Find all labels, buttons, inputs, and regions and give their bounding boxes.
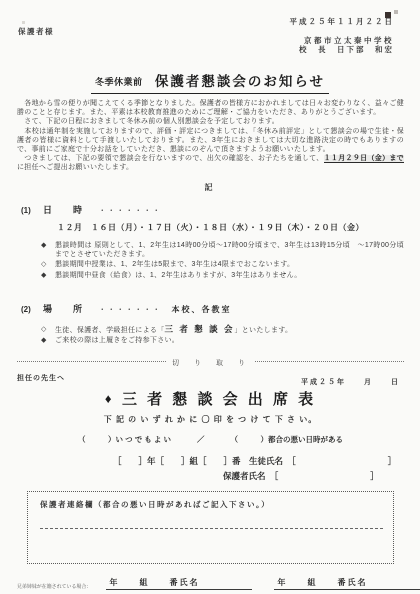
- bullet-slippers: ◆ ご来校の際は上履きをご持参下さい。: [41, 336, 404, 345]
- filled-diamond-icon: ◆: [41, 271, 55, 280]
- slip-header: 担任の先生へ 平成２５年 月 日: [17, 371, 404, 387]
- three-way-meeting-emphasis: 三 者 懇 談 会: [165, 324, 235, 334]
- contact-box-label: 保護者連絡欄（都合の悪い日時があればご記入下さい。）: [40, 499, 383, 510]
- item-2-number: (2): [21, 305, 31, 314]
- scanned-notice-document: 平成２５年１１月２２日 保護者様 京都市立太秦中学校 校 長 日下部 和宏 冬季…: [0, 0, 420, 594]
- bullet-lunch: ◆ 懇談期間中昼食（給食）は、1、2年生はありますが、3年生はありません。: [41, 271, 404, 280]
- deadline-highlight: １１月２９日（金）まで: [324, 155, 404, 163]
- siblings-note-label: 兄弟姉妹が在籍されている場合：: [17, 583, 91, 590]
- paragraph-4-text: つきましては、下記の要領で懇談会を行ないますので、出欠の確認を、お子たちを通して…: [17, 155, 324, 162]
- bullet-text: 懇談期間中昼食（給食）は、1、2年生はありますが、3年生はありません。: [55, 271, 404, 280]
- item-1-datetime-heading: (1) 日 時 ・・・・・・・: [17, 203, 404, 216]
- sibling-2-name-field: 年 組 番氏名: [274, 577, 420, 590]
- bullet-text-post: 」といたします。: [234, 327, 292, 334]
- guardian-contact-box: 保護者連絡欄（都合の悪い日時があればご記入下さい。）: [27, 491, 394, 564]
- sibling-1-name-field: 年 組 番氏名: [106, 577, 252, 590]
- cut-here-line: 切 り 取 り: [17, 358, 404, 368]
- place-bullet-list: ◇ 生徒、保護者、学級担任による「三 者 懇 談 会」といたします。 ◆ ご来校…: [17, 325, 404, 346]
- student-name-line: ［ ］年［ ］組［ ］番 生徒氏名 ［ ］: [113, 455, 404, 467]
- bullet-text: 懇談期間中授業は、1、2年生は5限まで、3年生は4限までおこないます。: [55, 260, 404, 269]
- document-body: 各地から雪の便りが聞こえてくる季節となりました。保護者の皆様方におかれましては日…: [17, 99, 404, 590]
- document-date: 平成２５年１１月２２日: [290, 16, 395, 27]
- slip-date-blank: 平成２５年 月 日: [301, 377, 400, 387]
- student-fields-text: ［ ］年［ ］組［ ］番 生徒氏名 ［: [113, 455, 296, 467]
- place-value: 本校、各教室: [172, 305, 232, 314]
- option-anytime: （ ）い つ で も よ い: [78, 434, 171, 445]
- scan-artifact-mark: [394, 10, 398, 14]
- item-1-leader-dots: ・・・・・・・: [98, 206, 161, 215]
- bullet-text: 生徒、保護者、学級担任による「三 者 懇 談 会」といたします。: [55, 325, 404, 335]
- notice-title: 冬季休業前 保護者懇談会のお知らせ: [0, 70, 420, 94]
- bullet-text: ご来校の際は上履きをご持参下さい。: [55, 336, 404, 345]
- option-bad-times: （ ）都合の悪い日時がある: [230, 434, 343, 445]
- filled-diamond-icon: ◆: [41, 336, 55, 345]
- bullet-text-pre: 生徒、保護者、学級担任による「: [55, 327, 165, 334]
- contact-write-line: [40, 527, 383, 529]
- item-2-leader-dots: ・・・・・・・: [98, 305, 161, 314]
- paragraph-4-tail: に担任へご提出お願いいたします。: [17, 164, 133, 171]
- body-paragraph-2: さて、下記の日程におきまして冬休み前の個人別懇談会を予定しております。: [17, 117, 404, 126]
- attendance-options: （ ）い つ で も よ い ／ （ ）都合の悪い日時がある: [17, 434, 404, 445]
- open-diamond-icon: ◇: [41, 325, 55, 335]
- title-main: 保護者懇談会のお知らせ: [155, 74, 325, 89]
- item-2-place-heading: (2) 場 所 ・・・・・・・ 本校、各教室: [17, 302, 404, 315]
- dotted-rule: [255, 360, 404, 362]
- bullet-text: 懇談時間は 原則として、1、2年生は14時00分頃～17時00分頃まで、3年生は…: [55, 241, 404, 259]
- cut-here-label: 切 り 取 り: [166, 358, 255, 368]
- siblings-note-line: 兄弟姉妹が在籍されている場合： 年 組 番氏名 年 組 番氏名: [17, 577, 404, 590]
- guardian-close-bracket: ］: [370, 470, 379, 482]
- dotted-rule: [17, 360, 166, 362]
- body-paragraph-4: つきましては、下記の要領で懇談会を行ないますので、出欠の確認を、お子たちを通して…: [17, 154, 404, 172]
- recipient-label: 保護者様: [18, 26, 54, 37]
- bullet-meeting-hours: ◆ 懇談時間は 原則として、1、2年生は14時00分頃～17時00分頃まで、3年…: [41, 241, 404, 259]
- item-2-label: 場 所: [43, 304, 88, 314]
- open-diamond-icon: ◇: [41, 260, 55, 269]
- circle-instruction: 下 記 の い ず れ か に 〇 印 を つ け て 下 さ い。: [17, 414, 404, 425]
- guardian-fields-text: 保護者氏名 ［: [223, 470, 278, 482]
- scan-artifact-mark: [22, 21, 25, 24]
- title-prefix: 冬季休業前: [95, 77, 143, 87]
- to-teacher-label: 担任の先生へ: [17, 373, 65, 383]
- body-paragraph-1: 各地から雪の便りが聞こえてくる季節となりました。保護者の皆様方におかれましては日…: [17, 99, 404, 117]
- meeting-dates: １２月 １６日（月）・１７日（火）・１８日（水）・１９日（木）・２０日（金）: [57, 222, 404, 233]
- filled-diamond-icon: ◆: [41, 241, 55, 259]
- diamond-icon: ♦: [105, 391, 112, 406]
- bullet-class-periods: ◇ 懇談期間中授業は、1、2年生は5限まで、3年生は4限までおこないます。: [41, 260, 404, 269]
- datetime-bullet-list: ◆ 懇談時間は 原則として、1、2年生は14時00分頃～17時00分頃まで、3年…: [17, 241, 404, 280]
- bullet-three-way-meeting: ◇ 生徒、保護者、学級担任による「三 者 懇 談 会」といたします。: [41, 325, 404, 335]
- option-separator-slash: ／: [197, 434, 205, 445]
- guardian-name-line: 保護者氏名 ［ ］: [223, 470, 404, 482]
- body-paragraph-3: 本校は通年制を実施しておりますので、評価・評定につきましては、「冬休み前評定」と…: [17, 127, 404, 155]
- principal-name: 校 長 日下部 和宏: [299, 44, 394, 55]
- ki-heading: 記: [17, 182, 404, 193]
- item-1-number: (1): [21, 206, 31, 215]
- item-1-label: 日 時: [43, 205, 88, 215]
- attendance-form-title-text: 三 者 懇 談 会 出 席 表: [122, 391, 316, 408]
- student-close-bracket: ］: [388, 455, 397, 467]
- attendance-form-title: ♦ 三 者 懇 談 会 出 席 表: [17, 388, 404, 409]
